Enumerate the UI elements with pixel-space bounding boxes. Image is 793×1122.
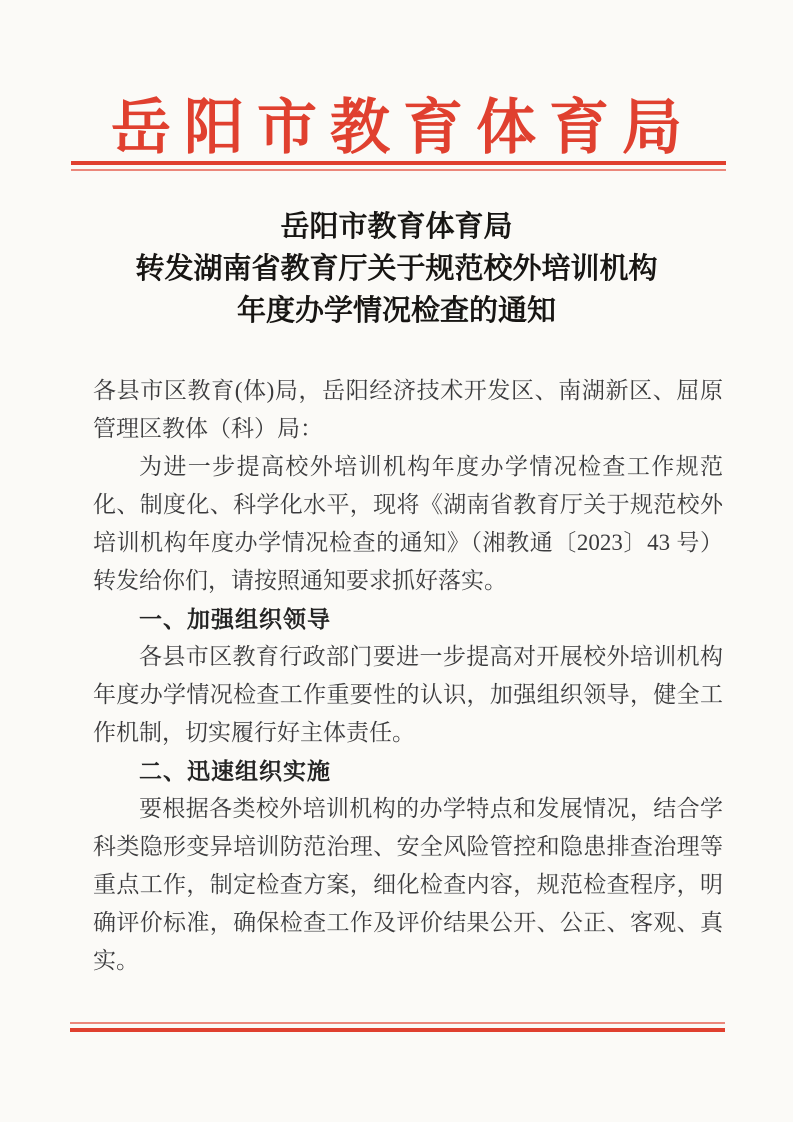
letterhead-divider-top — [71, 161, 726, 171]
letterhead-agency-name: 岳阳市教育体育局 — [0, 80, 793, 166]
divider-thin-line — [71, 169, 726, 171]
document-title-line-1: 岳阳市教育体育局 — [0, 206, 793, 248]
section-heading-2: 二、迅速组织实施 — [93, 752, 723, 790]
paragraph-section-1: 各县市区教育行政部门要进一步提高对开展校外培训机构年度办学情况检查工作重要性的认… — [93, 638, 723, 752]
section-heading-1: 一、加强组织领导 — [93, 600, 723, 638]
footer-divider — [70, 1022, 725, 1032]
paragraph-section-2: 要根据各类校外培训机构的办学特点和发展情况，结合学科类隐形变异培训防范治理、安全… — [93, 790, 723, 980]
document-page: 岳阳市教育体育局 岳阳市教育体育局 转发湖南省教育厅关于规范校外培训机构 年度办… — [0, 0, 793, 1122]
salutation: 各县市区教育(体)局，岳阳经济技术开发区、南湖新区、屈原管理区教体（科）局： — [93, 372, 723, 448]
divider-thick-line — [71, 161, 726, 165]
divider-thick-line — [70, 1028, 725, 1032]
document-title-line-3: 年度办学情况检查的通知 — [0, 290, 793, 332]
divider-thin-line — [70, 1022, 725, 1024]
document-body: 各县市区教育(体)局，岳阳经济技术开发区、南湖新区、屈原管理区教体（科）局： 为… — [93, 372, 723, 980]
paragraph-intro: 为进一步提高校外培训机构年度办学情况检查工作规范化、制度化、科学化水平，现将《湖… — [93, 448, 723, 600]
document-title-line-2: 转发湖南省教育厅关于规范校外培训机构 — [0, 248, 793, 290]
document-title: 岳阳市教育体育局 转发湖南省教育厅关于规范校外培训机构 年度办学情况检查的通知 — [0, 206, 793, 332]
